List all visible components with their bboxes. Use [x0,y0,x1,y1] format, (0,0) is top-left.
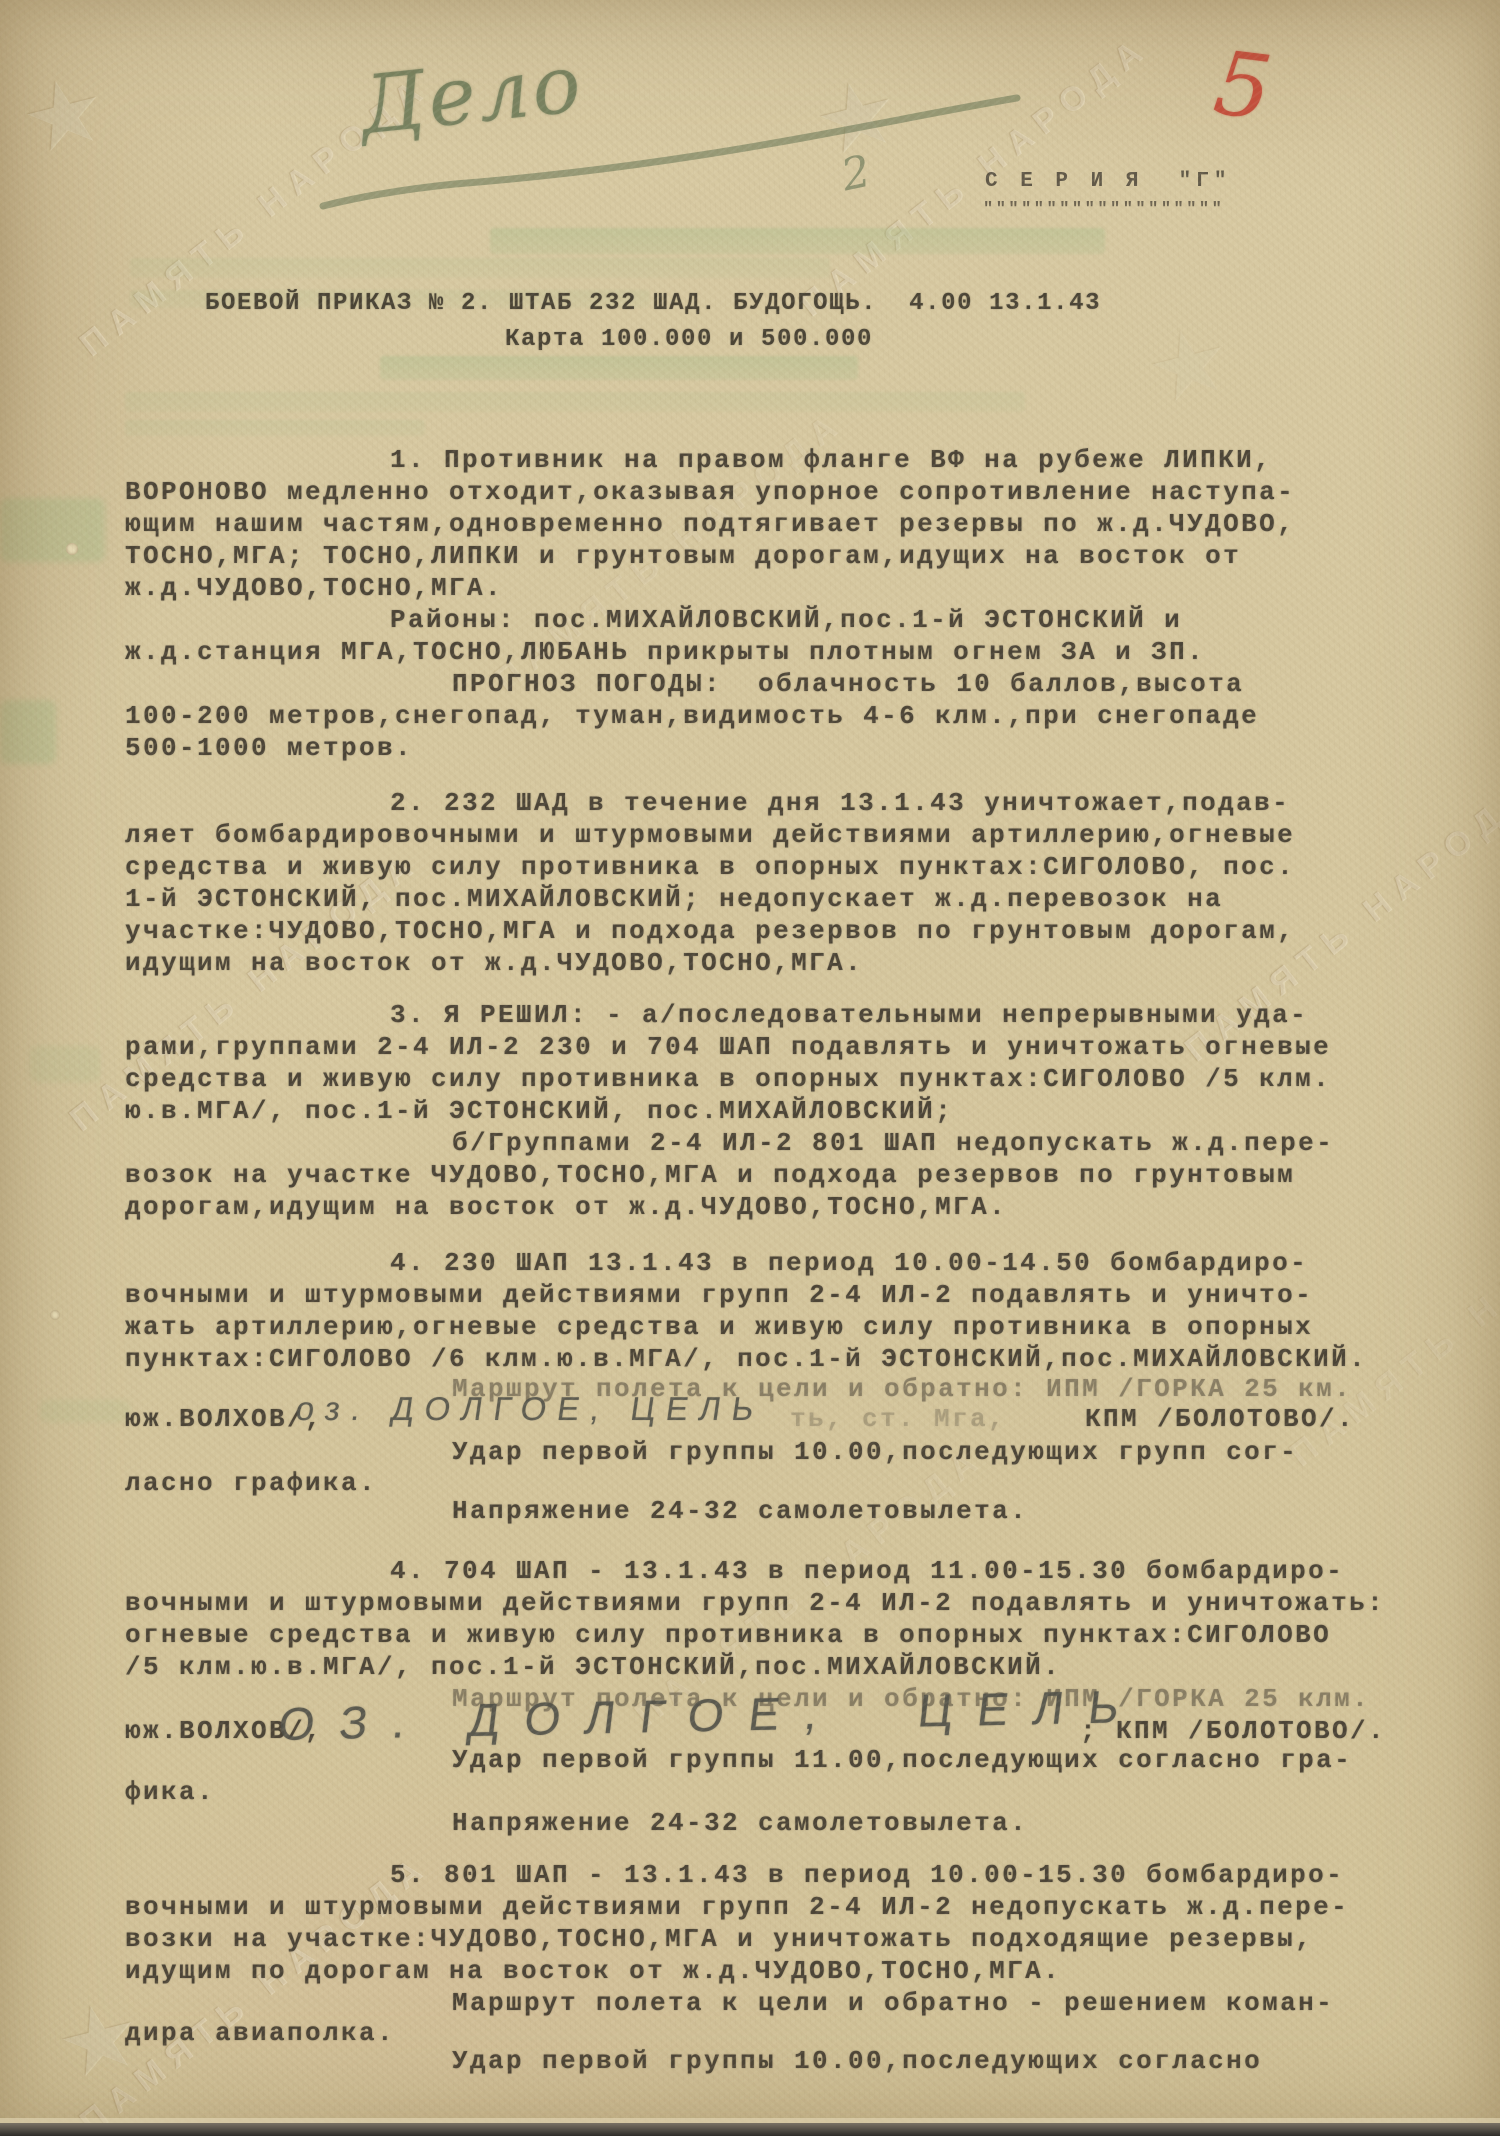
typed-line: участке:ЧУДОВО,ТОСНО,МГА и подхода резер… [125,916,1295,946]
typed-line: ласно графика. [125,1468,377,1498]
typed-line: КПМ /БОЛОТОВО/. [1085,1404,1355,1434]
paper-hole [50,1310,60,1320]
typed-line: ть, ст. Мга, [790,1404,1006,1434]
typed-line: Напряжение 24-32 самолетовылета. [452,1496,1028,1526]
typed-line: /5 клм.ю.в.МГА/, пос.1-й ЭСТОНСКИЙ,пос.М… [125,1652,1061,1682]
typed-line: ТОСНО,МГА; ТОСНО,ЛИПКИ и грунтовым дорог… [125,541,1241,571]
faded-green-mark [0,700,56,764]
typed-line: Маршрут полета к цели и обратно - решени… [452,1988,1334,2018]
typed-line: Удар первой группы 11.00,последующих сог… [452,1745,1352,1775]
typed-line: Районы: пос.МИХАЙЛОВСКИЙ,пос.1-й ЭСТОНСК… [390,605,1182,635]
typed-line: вочными и штурмовыми действиями групп 2-… [125,1280,1313,1310]
typed-line: ляет бомбардировочными и штурмовыми дейс… [125,820,1295,850]
typed-line: 100-200 метров,снегопад, туман,видимость… [125,701,1259,731]
typed-line: средства и живую силу противника в опорн… [125,852,1295,882]
typed-line: средства и живую силу противника в опорн… [125,1064,1331,1094]
typed-line: пунктах:СИГОЛОВО /6 клм.ю.в.МГА/, пос.1-… [125,1344,1367,1374]
typed-line: 500-1000 метров. [125,733,413,763]
star-watermark: ★ [1135,292,1242,437]
faded-green-mark [490,228,1105,254]
star-watermark: ★ [10,42,117,187]
typed-line: Удар первой группы 10.00,последующих гру… [452,1437,1298,1467]
faded-green-mark [130,258,830,278]
order-title: БОЕВОЙ ПРИКАЗ № 2. ШТАБ 232 ШАД. БУДОГОЩ… [205,290,1101,317]
faded-green-mark [125,420,425,436]
handwritten-route-insert-large: ОЗ. ДОЛГОЕ, ЦЕЛЬ [276,1679,1148,1751]
map-scale-line: Карта 100.000 и 500.000 [505,326,873,353]
series-underline: """"""""""""""""""" [983,200,1224,219]
typed-line: юж.ВОЛХОВ/, [125,1404,323,1434]
typed-line: возки на участке:ЧУДОВО,ТОСНО,МГА и унич… [125,1924,1313,1954]
typed-line: ж.д.станция МГА,ТОСНО,ЛЮБАНЬ прикрыты пл… [125,637,1205,667]
typed-line: жать артиллерию,огневые средства и живую… [125,1312,1313,1342]
paper-hole [66,543,78,555]
typed-line: 1-й ЭСТОНСКИЙ, пос.МИХАЙЛОВСКИЙ; недопус… [125,884,1223,914]
typed-line: вочными и штурмовыми действиями групп 2-… [125,1892,1349,1922]
series-label: С Е Р И Я "Г" [985,170,1231,193]
typed-line: 1. Противник на правом фланге ВФ на рубе… [390,445,1272,475]
faded-green-mark [40,1400,130,1422]
delo-underline-flourish [305,78,1025,213]
typed-line: вочными и штурмовыми действиями групп 2-… [125,1588,1385,1618]
typed-line: идущим по дорогам на восток от ж.д.ЧУДОВ… [125,1956,1061,1986]
typed-line: Удар первой группы 10.00,последующих сог… [452,2046,1262,2076]
typed-line: ю.в.МГА/, пос.1-й ЭСТОНСКИЙ, пос.МИХАЙЛО… [125,1096,953,1126]
typed-line: ВОРОНОВО медленно отходит,оказывая упорн… [125,477,1295,507]
faded-green-mark [380,356,858,380]
typed-line: 5. 801 ШАП - 13.1.43 в период 10.00-15.3… [390,1860,1344,1890]
typed-line: ПРОГНОЗ ПОГОДЫ: облачность 10 баллов,выс… [452,669,1244,699]
typed-line: б/Группами 2-4 ИЛ-2 801 ШАП недопускать … [452,1128,1334,1158]
archive-watermark: ПАМЯТЬ НАРОДА [73,1846,438,2136]
typed-line: возок на участке ЧУДОВО,ТОСНО,МГА и подх… [125,1160,1295,1190]
typed-line: фика. [125,1777,215,1807]
typed-line: 2. 232 ШАД в течение дня 13.1.43 уничтож… [390,788,1290,818]
typed-line: идущим на восток от ж.д.ЧУДОВО,ТОСНО,МГА… [125,948,863,978]
faded-green-mark [0,498,105,562]
faded-green-mark [30,1046,100,1082]
typed-line: рами,группами 2-4 ИЛ-2 230 и 704 ШАП под… [125,1032,1331,1062]
scan-bottom-edge [0,2123,1500,2136]
page-number: 5 [1209,31,1277,140]
typed-line: дорогам,идущим на восток от ж.д.ЧУДОВО,Т… [125,1192,1007,1222]
typed-line: 4. 230 ШАП 13.1.43 в период 10.00-14.50 … [390,1248,1308,1278]
document-page: ПАМЯТЬ НАРОДА ПАМЯТЬ НАРОДА ПАМЯТЬ НАРОД… [0,0,1500,2136]
faded-green-mark [125,392,1025,412]
typed-line: дира авиаполка. [125,2018,395,2048]
typed-line: 4. 704 ШАП - 13.1.43 в период 11.00-15.3… [390,1556,1344,1586]
typed-line: 3. Я РЕШИЛ: - а/последовательными непрер… [390,1000,1308,1030]
typed-line: ющим нашим частям,одновременно подтягива… [125,509,1295,539]
typed-line: огневые средства и живую силу противника… [125,1620,1331,1650]
typed-line: ж.д.ЧУДОВО,ТОСНО,МГА. [125,573,503,603]
typed-line: Напряжение 24-32 самолетовылета. [452,1808,1028,1838]
handwritten-route-insert-small: оз. ДОЛГОЕ, ЦЕЛЬ [293,1390,767,1428]
